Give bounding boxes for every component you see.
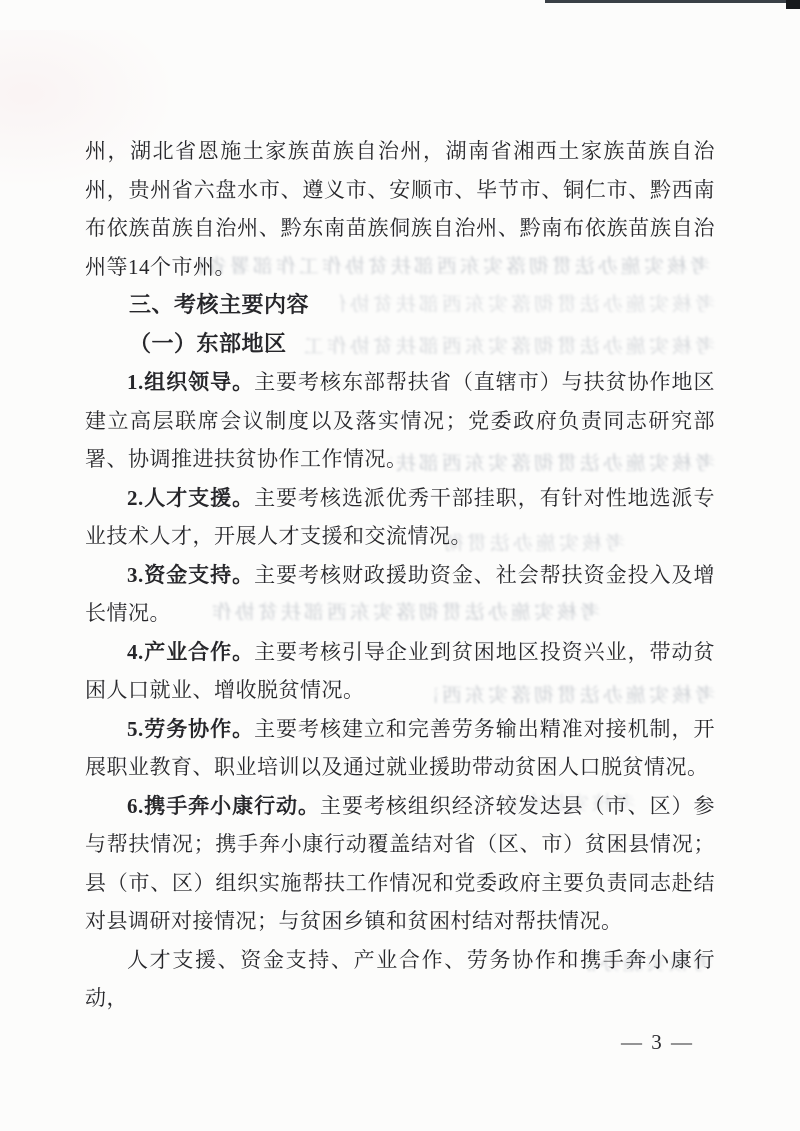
document-body: 州，湖北省恩施土家族苗族自治州，湖南省湘西土家族苗族自治州，贵州省六盘水市、遵义…	[0, 0, 800, 1018]
item-lead: 3.资金支持。	[127, 563, 254, 587]
page-number: — 3 —	[621, 1030, 694, 1055]
item-paragraph-3: 3.资金支持。主要考核财政援助资金、社会帮扶资金投入及增长情况。	[85, 556, 715, 633]
item-paragraph-1: 1.组织领导。主要考核东部帮扶省（直辖市）与扶贫协作地区建立高层联席会议制度以及…	[85, 363, 715, 479]
intro-continuation-paragraph: 州，湖北省恩施土家族苗族自治州，湖南省湘西土家族苗族自治州，贵州省六盘水市、遵义…	[85, 132, 715, 286]
item-paragraph-5: 5.劳务协作。主要考核建立和完善劳务输出精准对接机制，开展职业教育、职业培训以及…	[85, 710, 715, 787]
item-paragraph-4: 4.产业合作。主要考核引导企业到贫困地区投资兴业，带动贫困人口就业、增收脱贫情况…	[85, 633, 715, 710]
item-lead: 4.产业合作。	[127, 640, 254, 664]
item-paragraph-2: 2.人才支援。主要考核选派优秀干部挂职，有针对性地选派专业技术人才，开展人才支援…	[85, 479, 715, 556]
item-paragraph-6: 6.携手奔小康行动。主要考核组织经济较发达县（市、区）参与帮扶情况；携手奔小康行…	[85, 787, 715, 941]
subsection-heading: （一）东部地区	[85, 325, 715, 364]
item-lead: 5.劳务协作。	[127, 717, 254, 741]
scanned-document-page: 考核实施办法贯彻落实东西部扶贫协作工作部署省区市贫困县结对帮扶情况考核实施办法贯…	[0, 0, 800, 1131]
item-lead: 2.人才支援。	[127, 486, 254, 510]
item-lead: 6.携手奔小康行动。	[127, 794, 320, 818]
closing-line-paragraph: 人才支援、资金支持、产业合作、劳务协作和携手奔小康行动，	[85, 941, 715, 1018]
section-heading: 三、考核主要内容	[85, 286, 715, 325]
item-lead: 1.组织领导。	[127, 370, 254, 394]
